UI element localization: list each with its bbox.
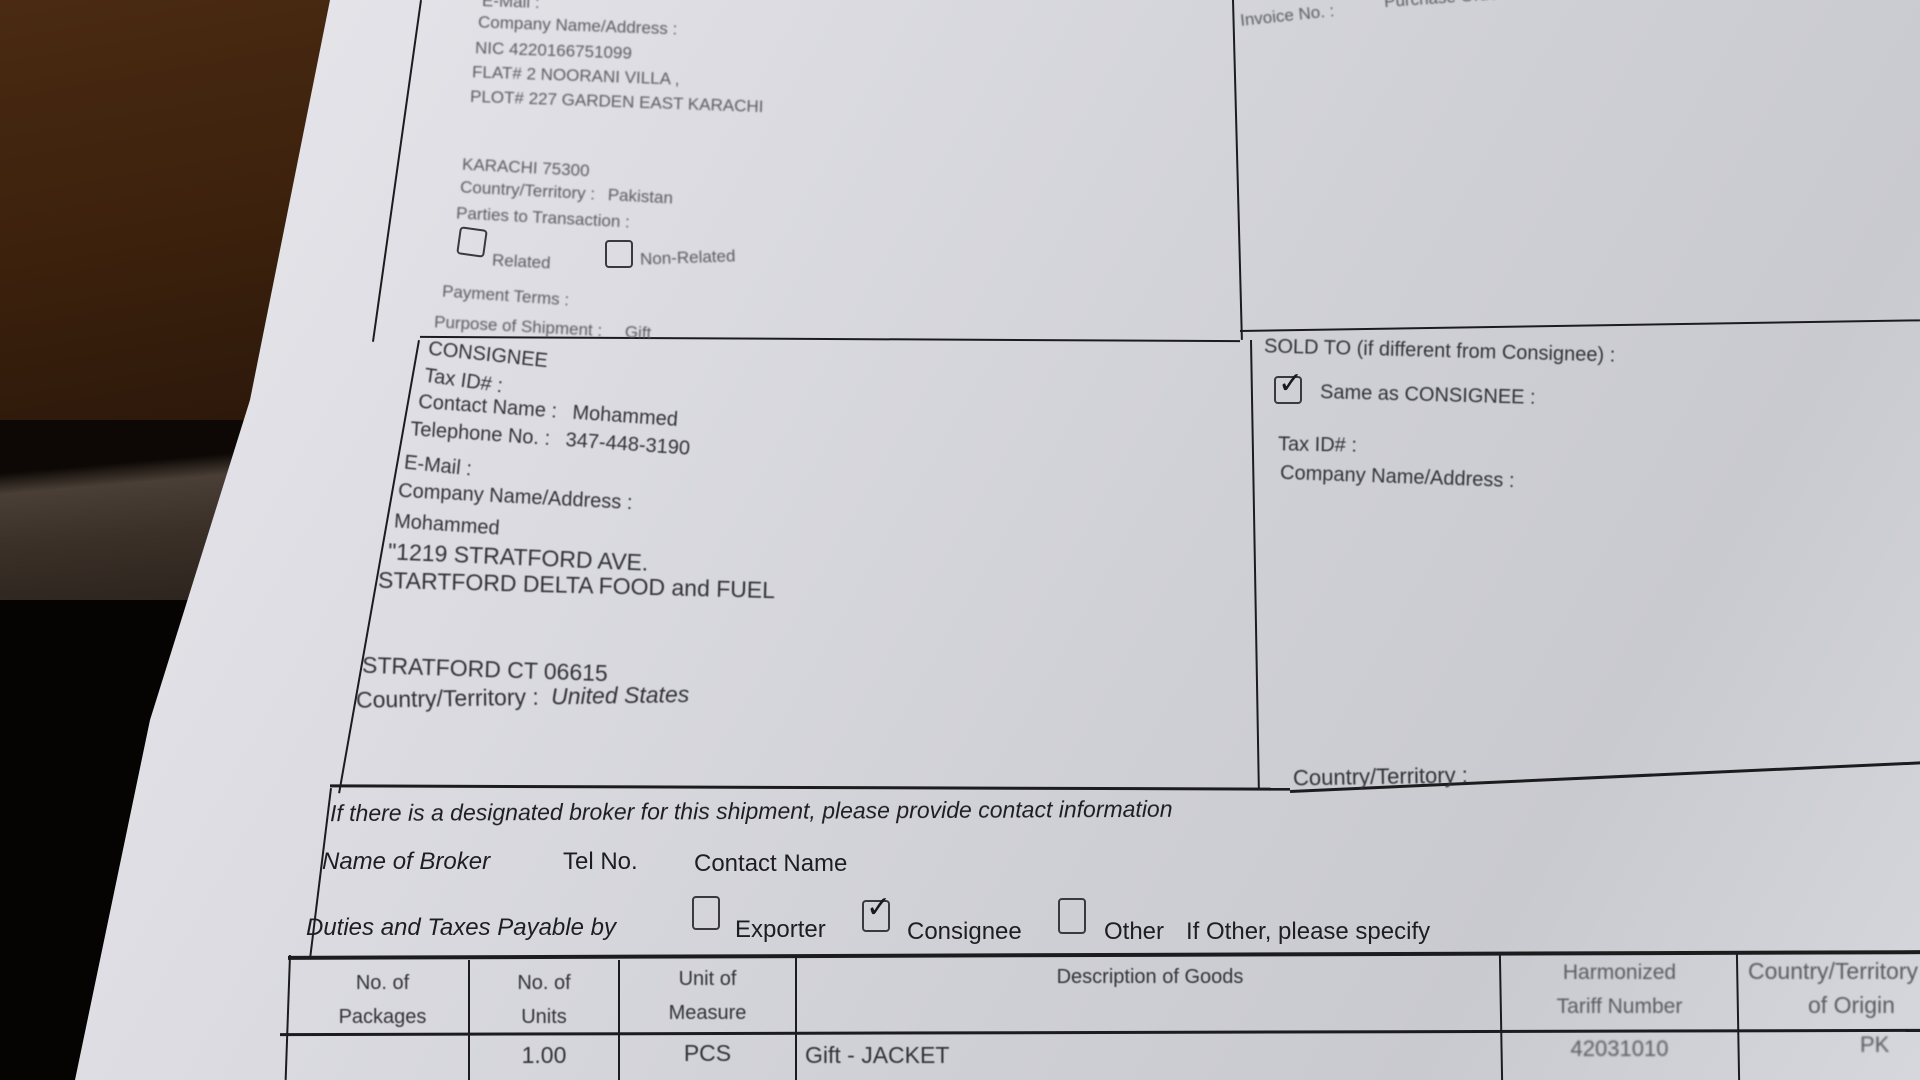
duties-consignee-checkbox[interactable] (862, 900, 890, 932)
commercial-invoice-form: E-Mail : Company Name/Address : NIC 4220… (0, 0, 1920, 1080)
shipper-company-label: Company Name/Address : (478, 13, 678, 40)
consignee-city: STRATFORD CT 06615 (362, 652, 609, 688)
duties-other-label: Other (1104, 918, 1164, 946)
sold-to-tax-id-label: Tax ID# : (1278, 433, 1357, 457)
consignee-email-label: E-Mail : (403, 452, 473, 482)
duties-exporter-label: Exporter (735, 916, 826, 944)
header-description: Description of Goods (800, 966, 1500, 989)
shipper-country-label: Country/Territory : Pakistan (460, 177, 674, 208)
header-description-line1: Description of Goods (800, 966, 1500, 989)
header-tariff-line1: Harmonized (1502, 956, 1737, 990)
header-origin-line2: of Origin (1748, 988, 1920, 1022)
row-units: 1.00 (470, 1042, 618, 1069)
header-measure-line1: Unit of (620, 962, 795, 996)
header-packages-line2: Packages (300, 1000, 465, 1034)
duties-consignee-label: Consignee (907, 918, 1022, 946)
broker-notice: If there is a designated broker for this… (330, 796, 1173, 827)
duties-other-note: If Other, please specify (1186, 918, 1430, 946)
center-divider-top (1232, 0, 1243, 340)
header-measure: Unit of Measure (620, 962, 795, 1030)
table-row: 1.00 PCS Gift - JACKET 42031010 PK (0, 1038, 1920, 1078)
header-origin: Country/Territory of Origin (1748, 954, 1920, 1022)
consignee-company-label: Company Name/Address : (398, 480, 633, 515)
header-origin-line1: Country/Territory (1748, 954, 1920, 988)
header-tariff-line2: Tariff Number (1502, 990, 1737, 1024)
consignee-company-line3: STARTFORD DELTA FOOD and FUEL (378, 567, 776, 604)
purchase-order-label: Purchase Order (1383, 0, 1504, 12)
broker-contact-label: Contact Name (694, 850, 847, 878)
shipper-address-line1: FLAT# 2 NOORANI VILLA , (472, 62, 680, 89)
duties-other-checkbox[interactable] (1058, 898, 1086, 934)
consignee-telephone-key: Telephone No. : (410, 418, 551, 450)
sold-to-country-label: Country/Territory : (1293, 762, 1468, 791)
invoice-no-label: Invoice No. : (1239, 1, 1335, 31)
consignee-country: Country/Territory : United States (356, 681, 690, 714)
header-units-line2: Units (470, 1000, 618, 1034)
consignee-contact-key: Contact Name : (418, 391, 558, 423)
row-origin: PK (1860, 1032, 1889, 1058)
center-divider-bottom (1250, 340, 1260, 790)
header-measure-line2: Measure (620, 996, 795, 1030)
sold-to-company-label: Company Name/Address : (1280, 462, 1515, 493)
header-units-line1: No. of (470, 966, 618, 1000)
purpose-value: Gift (624, 322, 651, 342)
shipper-nic: NIC 4220166751099 (475, 38, 633, 63)
related-label: Related (492, 250, 552, 273)
broker-name-label: Name of Broker (322, 848, 490, 876)
same-as-consignee-label: Same as CONSIGNEE : (1320, 381, 1536, 410)
shipper-city: KARACHI 75300 (462, 155, 590, 182)
shipper-left-border (372, 0, 422, 342)
broker-tel-label: Tel No. (563, 848, 638, 876)
header-units: No. of Units (470, 966, 618, 1034)
duties-label: Duties and Taxes Payable by (306, 914, 616, 942)
sold-to-heading: SOLD TO (if different from Consignee) : (1264, 335, 1616, 367)
purpose-label: Purpose of Shipment : Gift (434, 312, 652, 343)
row-tariff: 42031010 (1502, 1036, 1737, 1062)
shipper-parties-label: Parties to Transaction : (456, 203, 631, 232)
soldto-top-border (1240, 319, 1920, 332)
consignee-country-value: United States (551, 681, 690, 709)
related-checkbox[interactable] (456, 226, 488, 258)
broker-top-border (330, 784, 1290, 790)
same-as-consignee-checkbox[interactable] (1274, 376, 1302, 404)
non-related-checkbox[interactable] (605, 240, 633, 268)
consignee-contact-value: Mohammed (572, 402, 679, 431)
header-tariff: Harmonized Tariff Number (1502, 956, 1737, 1024)
shipper-email-label: E-Mail : (482, 0, 540, 13)
shipper-country-value: Pakistan (607, 185, 673, 207)
row-description: Gift - JACKET (805, 1042, 949, 1069)
consignee-company-line1: Mohammed (393, 510, 500, 540)
payment-terms-label: Payment Terms : (441, 282, 569, 311)
shipper-country-key: Country/Territory : (460, 177, 596, 203)
consignee-telephone-value: 347-448-3190 (565, 429, 691, 460)
non-related-label: Non-Related (640, 246, 736, 269)
shipper-address-line2: PLOT# 227 GARDEN EAST KARACHI (470, 87, 764, 117)
header-packages-line1: No. of (300, 966, 465, 1000)
row-measure: PCS (620, 1040, 795, 1067)
consignee-country-key: Country/Territory : (356, 684, 539, 713)
duties-exporter-checkbox[interactable] (692, 896, 720, 930)
header-packages: No. of Packages (300, 966, 465, 1034)
